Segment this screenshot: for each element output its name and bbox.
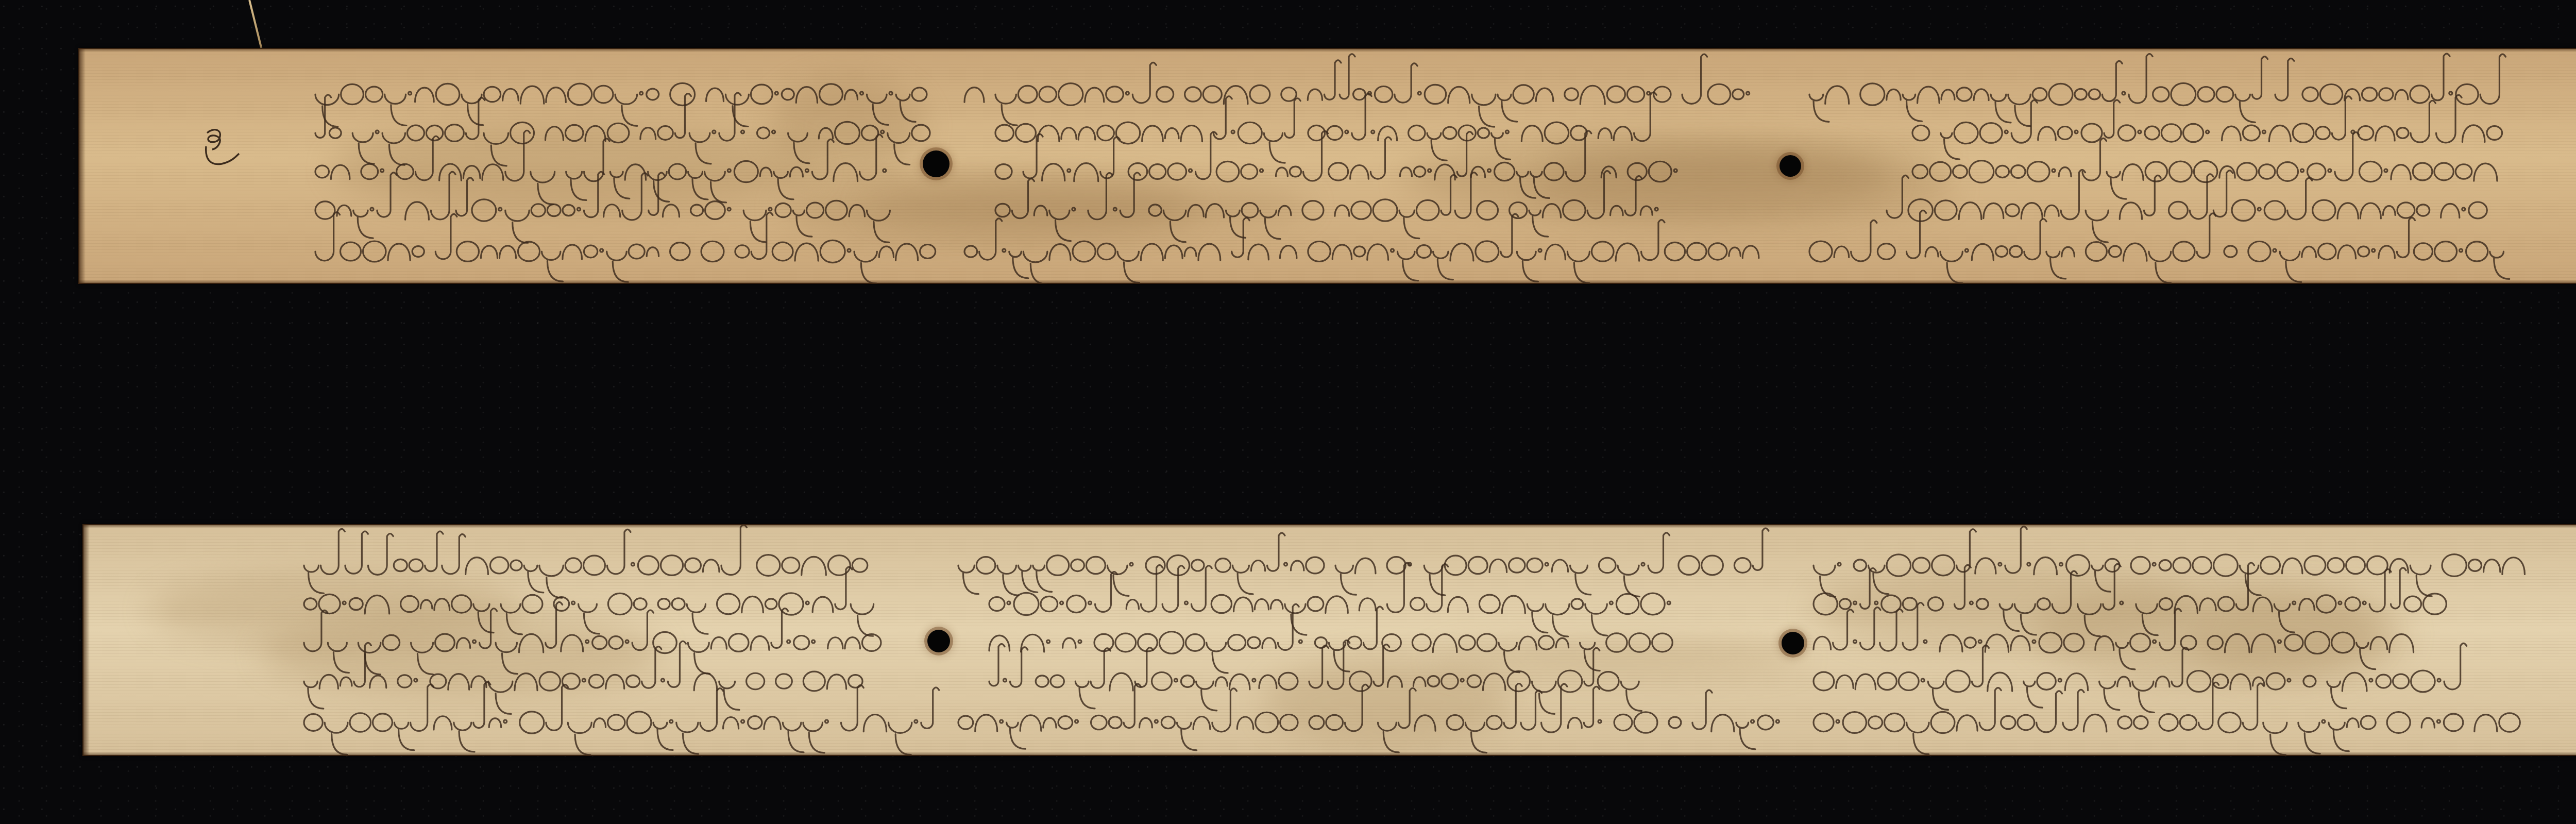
binding-hole bbox=[1782, 632, 1804, 654]
handwritten-burmese-text bbox=[78, 48, 2576, 284]
script-line bbox=[989, 604, 1672, 673]
script-line bbox=[995, 92, 1656, 163]
script-line bbox=[1809, 210, 2510, 283]
loose-fiber bbox=[248, 0, 263, 49]
script-line bbox=[964, 214, 1759, 284]
script-line bbox=[1814, 682, 2520, 755]
handwritten-burmese-text bbox=[82, 524, 2576, 756]
script-line bbox=[989, 563, 1670, 636]
script-line bbox=[1912, 95, 2502, 159]
script-line bbox=[958, 528, 1769, 596]
script-line bbox=[964, 54, 1750, 127]
script-line bbox=[989, 641, 1642, 714]
palm-leaf-folio-top bbox=[78, 48, 2576, 284]
script-line bbox=[995, 171, 1658, 242]
script-line bbox=[315, 212, 936, 283]
palm-leaf-folio-bottom bbox=[82, 524, 2576, 756]
script-line bbox=[1912, 132, 2497, 199]
script-line bbox=[1814, 527, 2524, 597]
script-line bbox=[315, 83, 927, 126]
script-line bbox=[304, 682, 939, 755]
script-line bbox=[304, 567, 874, 636]
script-line bbox=[995, 131, 1677, 198]
script-line bbox=[1814, 643, 2467, 712]
binding-hole bbox=[923, 150, 950, 177]
script-line bbox=[304, 602, 881, 674]
script-line bbox=[315, 172, 890, 243]
leaf-number-glyph bbox=[206, 130, 239, 164]
script-line bbox=[304, 525, 868, 598]
binding-hole bbox=[927, 630, 950, 652]
script-line bbox=[1809, 54, 2505, 126]
binding-hole bbox=[1780, 155, 1801, 177]
script-line bbox=[958, 683, 1779, 752]
